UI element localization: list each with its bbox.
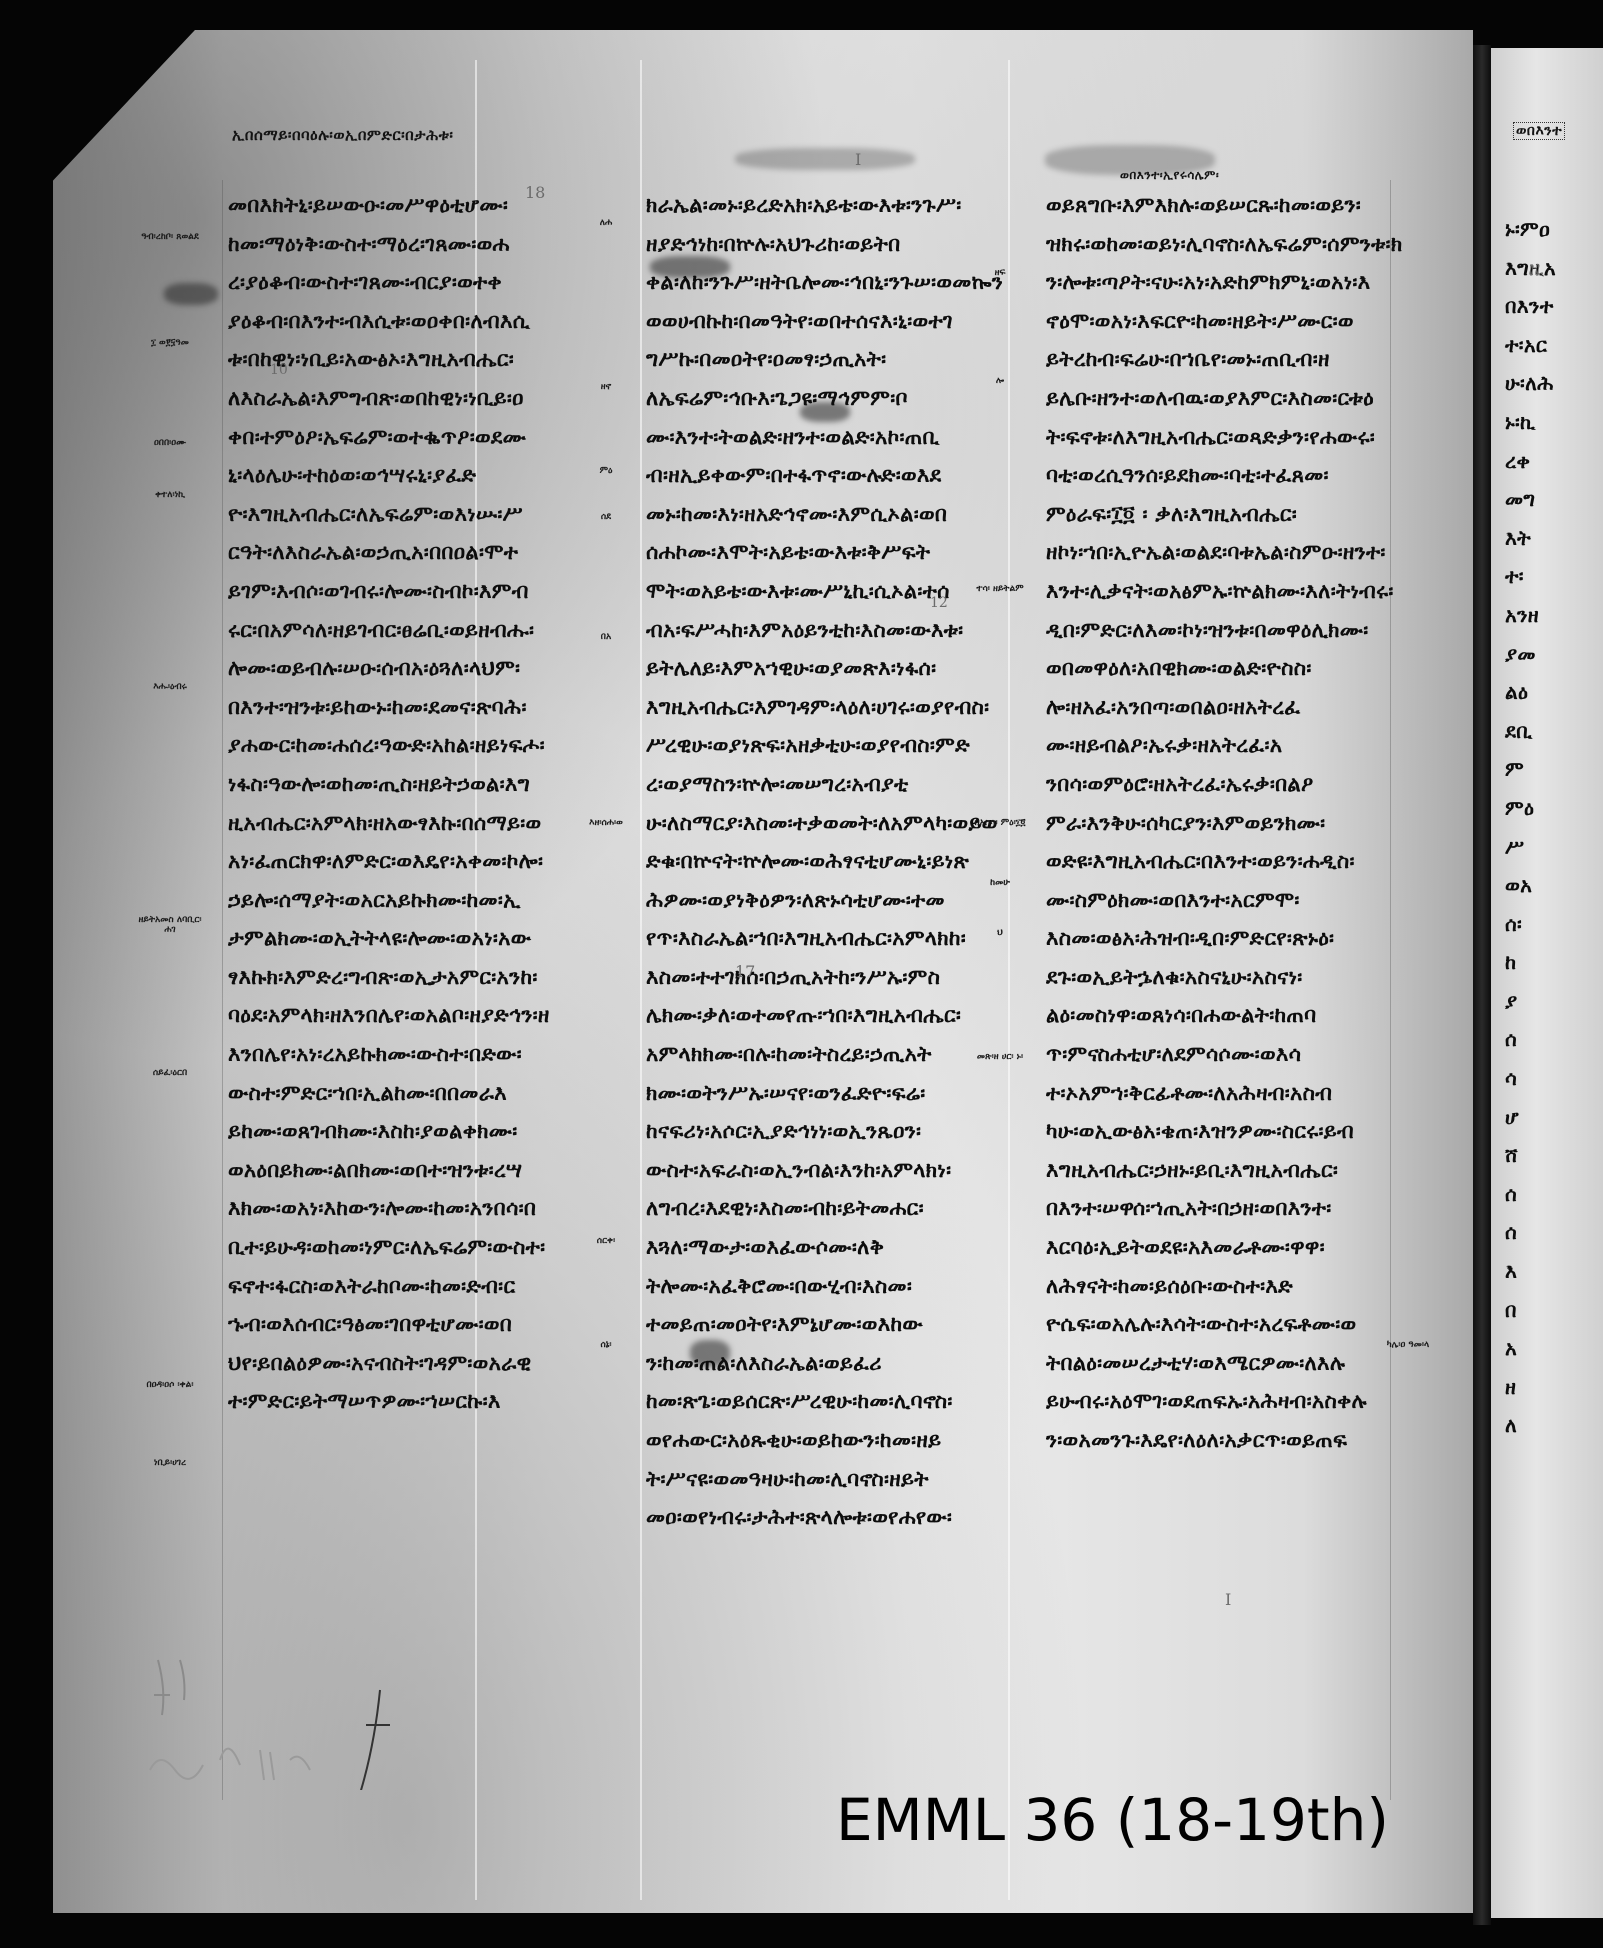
manuscript-line: ሌክሙ፡ቃለ፡ወተመየጡ፡ኀበ፡እግዚአብሔር፡ [646,996,1002,1035]
manuscript-line: ቢተ፡ይሁዳ፡ወከመ፡ነምር፡ለኤፍሬም፡ውስተ፡ [228,1228,590,1267]
manuscript-line: ይትሌለይ፡እምአኀዊሁ፡ወያመጽእ፡ነፋሰ፡ [646,649,1002,688]
manuscript-line: ቀበ፡ተምዕዖ፡ኤፍሬም፡ወተቈጥዖ፡ወደሙ [228,418,590,457]
facing-page-lines: ኑ፡ምዐእግዚአበእንተተ፡አርሁ፡ለሕኑ፡ኪረቀመግእትተ፡አንዘያመልዕደቢ… [1491,210,1556,1445]
pencil-folio-mark: 18 [525,183,545,202]
manuscript-line: ለግብረ፡እደዊነ፡እስመ፡ብከ፡ይትመሐር፡ [646,1189,1002,1228]
manuscript-line: ኒ፡ላዕሌሁ፡ተከዕወ፡ወኅሣሩኒ፡ያፈድ [228,456,590,495]
margin-annotation: ሰደ [574,512,638,522]
ink-smudge [164,283,218,305]
manuscript-line: ዲበ፡ምድር፡ለእመ፡ኮነ፡ዝንቱ፡በመዋዕሊክሙ፡ [1046,611,1408,650]
manuscript-line: ጥ፡ምናስሐቲሆ፡ለደምሳሶሙ፡ወእሳ [1046,1035,1408,1074]
manuscript-line: ድቁ፡በኵናት፡ኵሎሙ፡ወሕፃናቲሆሙኒ፡ይነጽ [646,842,1002,881]
facing-page-line: ሰ፡ [1491,905,1556,944]
manuscript-line: ከናፍሪነ፡አሶር፡ኢያድኅነነ፡ወኢንጼዐን፡ [646,1112,1002,1151]
margin-annotation: በዐዳ፡ዐሶ ፡ቀል፡ [138,1380,202,1390]
manuscript-line: ት፡ሥናዩ፡ወመዓዛሁ፡ከመ፡ሊባኖስ፡ዘይት [646,1460,1002,1499]
facing-page-line: ልዕ [1491,673,1556,712]
manuscript-line: ውስተ፡አፍራስ፡ወኢንብል፡እንከ፡አምላክነ፡ [646,1151,1002,1190]
manuscript-line: መኑ፡ከመ፡እነ፡ዘአድኅኖሙ፡እምሲኦል፡ወበ [646,495,1002,534]
pencil-folio-mark: 10 [270,362,288,378]
manuscript-line: በእንተ፡ዝንቱ፡ይከውኑ፡ከመ፡ደመና፡ጽባሕ፡ [228,688,590,727]
manuscript-line: ህየ፡ይበልዕዎሙ፡አናብስት፡ገዳም፡ወአራዊ [228,1344,590,1383]
manuscript-line: ተ፡ኦአምኀ፡ቅርፊቶሙ፡ለአሕዛብ፡አስብ [1046,1074,1408,1113]
facing-page-line: ሰ [1491,1213,1556,1252]
manuscript-line: ይከሙ፡ወጸገብክሙ፡እስከ፡ያወልቀክሙ፡ [228,1112,590,1151]
facing-page-line: ተ፡አር [1491,326,1556,365]
facing-page-line: በ [1491,1291,1556,1330]
margin-annotation: ቀተለ፡ነኪ [138,490,202,500]
facing-page-line: ኑ፡ኪ [1491,403,1556,442]
marginal-scribble-icon [140,1640,400,1790]
margin-annotation: ሰኔ፡ [574,1340,638,1350]
manuscript-line: ትሎሙ፡አፈቅሮሙ፡በውሂብ፡እስመ፡ [646,1267,1002,1306]
facing-page: ወበእንተ ኑ፡ምዐእግዚአበእንተተ፡አርሁ፡ለሕኑ፡ኪረቀመግእትተ፡አንዘ… [1491,48,1603,1918]
facing-page-line: ሳ [1491,1059,1556,1098]
manuscript-line: ሕዎሙ፡ወያነቅዕዎን፡ለጽኑሳቲሆሙ፡ተመ [646,881,1002,920]
manuscript-line: ን፡ሎቱ፡ጣዖት፡ናሁ፡አነ፡አድከምክምኒ፡ወአነ፡እ [1046,263,1408,302]
manuscript-line: ዘኮነ፡ኀበ፡ኢዮኤል፡ወልደ፡ባቱኤል፡ስምዑ፡ዘንተ፡ [1046,533,1408,572]
facing-page-line: ያ [1491,982,1556,1021]
manuscript-line: ክሙ፡ወትንሥኡ፡ሠናየ፡ወንፈድዮ፡ፍሬ፡ [646,1074,1002,1113]
margin-annotation: እሑ፡ዕብሩ [138,682,202,692]
manuscript-line: እክሙ፡ወአነ፡እከውን፡ሎሙ፡ከመ፡አንበሳ፡በ [228,1189,590,1228]
manuscript-line: ትበልዕ፡መሠረታቲሃ፡ወእሜርዎሙ፡ለእሉ [1046,1344,1408,1383]
manuscript-line: ይሌቡ፡ዘንተ፡ወለብዉ፡ወያእምር፡እስመ፡ርቱዕ [1046,379,1408,418]
manuscript-line: ታምልክሙ፡ወኢትትላዩ፡ሎሙ፡ወአነ፡አው [228,919,590,958]
facing-page-line: ሰ [1491,1175,1556,1214]
manuscript-line: ወይጸግቡ፡እምእክሉ፡ወይሠርጹ፡ከመ፡ወይን፡ [1046,186,1408,225]
margin-annotation: በአ [574,632,638,642]
facing-page-line: በእንተ [1491,287,1556,326]
manuscript-line: ምራ፡እንቅሁ፡ሰካርያን፡እምወይንክሙ፡ [1046,804,1408,843]
manuscript-line: ለኤፍሬም፡ኅቡእ፡ጌጋዩ፡ማኅምም፡ቦ [646,379,1002,418]
manuscript-line: ንበሳ፡ወምዕሮ፡ዘአትረፈ፡ኤሩቃ፡በልዖ [1046,765,1408,804]
text-column-2: ክራኤል፡መኑ፡ይረድአክ፡አይቴ፡ውእቱ፡ንጉሥ፡ዘያድኅነከ፡በኵሉ፡አህጉ… [646,186,1002,1537]
manuscript-line: ቀል፡ለከ፡ንጉሥ፡ዘትቤሎሙ፡ኅበኒ፡ንጉሠ፡ወመኰንነ፡ [646,263,1002,302]
manuscript-line: ብአ፡ፍሥሓከ፡እምአዕይንቲከ፡እስመ፡ውእቱ፡ [646,611,1002,650]
manuscript-line: ፍኖተ፡ፋርስ፡ወእትራከቦሙ፡ከመ፡ድብ፡ር [228,1267,590,1306]
manuscript-line: ሩር፡በአምሳለ፡ዘይገብር፡ፀሬቢ፡ወይዘብሑ፡ [228,611,590,650]
book-gutter [1473,45,1491,1925]
facing-page-line: አ [1491,1329,1556,1368]
manuscript-line: ባቲ፡ወረሲዓንሰ፡ይደክሙ፡ባቲ፡ተፈጸመ፡ [1046,456,1408,495]
manuscript-line: ይትረከብ፡ፍሬሁ፡በኀቤየ፡መኑ፡ጠቢብ፡ዘ [1046,340,1408,379]
margin-annotation: ሎ [968,376,1032,386]
manuscript-line: ከመ፡ጽጌ፡ወይሰርጽ፡ሥረዊሁ፡ከመ፡ሊባኖስ፡ [646,1382,1002,1421]
manuscript-line: አምላክክሙ፡በሉ፡ከመ፡ትስረይ፡ኃጢአት [646,1035,1002,1074]
manuscript-line: እንበሌየ፡አነ፡ረአይኩክሙ፡ውስተ፡በድው፡ [228,1035,590,1074]
manuscript-line: እስመ፡ተተገክሰ፡በኃጢአትከ፡ንሥኡ፡ምስ [646,958,1002,997]
pencil-folio-mark: I [855,150,861,169]
page-fold-line [1008,60,1010,1900]
facing-page-line: ሸ [1491,1136,1556,1175]
margin-annotation: መጽ፡ዘ ሀር፡ ኑ፡ [968,1052,1032,1062]
manuscript-line: ክራኤል፡መኑ፡ይረድአክ፡አይቴ፡ውእቱ፡ንጉሥ፡ [646,186,1002,225]
facing-page-line: ተ፡ [1491,557,1556,596]
facing-page-line: ሁ፡ለሕ [1491,364,1556,403]
manuscript-line: ዮ፡እግዚአብሔር፡ለኤፍሬም፡ወእነሡ፡ሥ [228,495,590,534]
manuscript-line: ግሥኩ፡በመዐትየ፡ዐመፃ፡ኃጢአት፡ [646,340,1002,379]
manuscript-caption: EMML 36 (18-19th) [836,1786,1389,1854]
manuscript-line: ዮሴፍ፡ወአሌሉ፡እሳት፡ውስተ፡አረፍቶሙ፡ወ [1046,1305,1408,1344]
margin-annotation: ከመሁ [968,878,1032,888]
manuscript-line: ብ፡ዘኢይቀውም፡በተፋጥኖ፡ውሉድ፡ወእደ [646,456,1002,495]
manuscript-line: የጥ፡እስራኤል፡ኀበ፡እግዚአብሔር፡አምላክከ፡ [646,919,1002,958]
margin-annotation: ዘፍ [968,268,1032,278]
manuscript-line: ሙ፡እንተ፡ትወልድ፡ዘንተ፡ወልድ፡አኮ፡ጠቢ [646,418,1002,457]
facing-page-line: ለ [1491,1406,1556,1445]
manuscript-line: ሰሐኮሙ፡እሞት፡አይቴ፡ውእቱ፡ቅሥፍት [646,533,1002,572]
margin-annotation: ለሐ [574,218,638,228]
facing-page-line: ምዕ [1491,789,1556,828]
manuscript-line: ኃይሎ፡ሰማያት፡ወአርአይኩክሙ፡ከመ፡ኢ [228,881,590,920]
manuscript-line: እግዚአብሔር፡እምገዳም፡ላዕለ፡ሀገሩ፡ወያየብስ፡ [646,688,1002,727]
manuscript-line: ወበመዋዕለ፡አበዊክሙ፡ወልድ፡ዮስስ፡ [1046,649,1408,688]
manuscript-line: ት፡ፍኖቱ፡ለእግዚአብሔር፡ወጻድቃን፡የሐውሩ፡ [1046,418,1408,457]
facing-page-line: ከ [1491,943,1556,982]
manuscript-line: ኁብ፡ወእሰብር፡ዓፅመ፡ገበዋቲሆሙ፡ወበ [228,1305,590,1344]
manuscript-line: ሙ፡ስምዕክሙ፡ወበእንተ፡አርምሞ፡ [1046,881,1408,920]
page-fold-line [640,60,642,1900]
ink-smudge [735,148,915,170]
column-3-header: ወበእንተ፡ኢየሩሳሌም፡ [1120,168,1219,183]
manuscript-line: ለሕፃናት፡ከመ፡ይሰዕቡ፡ውስተ፡እድ [1046,1267,1408,1306]
manuscript-line: እስመ፡ወፅአ፡ሕዝብ፡ዲበ፡ምድርየ፡ጽኑዕ፡ [1046,919,1408,958]
manuscript-line: እንተ፡ሊቃናት፡ወአፅምኡ፡ኵልክሙ፡እለ፡ትነብሩ፡ [1046,572,1408,611]
manuscript-line: ረ፡ያዕቆብ፡ውስተ፡ገጸሙ፡ብርያ፡ወተቀ [228,263,590,302]
margin-annotation: እዘ፡ሰሐ፡ወ [574,818,638,828]
manuscript-line: እጓለ፡ማውታ፡ወእፈውሶሙ፡ለቅ [646,1228,1002,1267]
margin-annotation: በአስሳ፡ ምዕ፡፲፬ [968,818,1032,828]
manuscript-line: ወየሐውር፡አዕጹቂሁ፡ወይከውን፡ከመ፡ዘይ [646,1421,1002,1460]
manuscript-line: ደጉ፡ወኢይትኌለቁ፡አስናኒሁ፡አስናነ፡ [1046,958,1408,997]
manuscript-line: ይሁብሩ፡አዕሞገ፡ወደጠፍኡ፡አሕዛብ፡አስቀሉ [1046,1382,1408,1421]
facing-page-header: ወበእንተ [1513,122,1565,140]
facing-page-line: ሆ [1491,1098,1556,1137]
manuscript-line: ዚአብሔር፡አምላክ፡ዘአውፃእኩ፡በሰማይ፡ወ [228,804,590,843]
facing-page-line: ረቀ [1491,442,1556,481]
manuscript-line: ውስተ፡ምድር፡ኀበ፡ኢልከሙ፡በበመራእ [228,1074,590,1113]
margin-annotation: ህ [968,928,1032,938]
pencil-folio-mark: I [1225,1590,1231,1609]
margin-annotation: ምዕ [574,466,638,476]
facing-page-line: መግ [1491,480,1556,519]
manuscript-line: ይገም፡እብሶ፡ወገብሩ፡ሎሙ፡ስብኮ፡እምብ [228,572,590,611]
manuscript-line: ባዕደ፡አምላክ፡ዘእንበሌየ፡ወአልቦ፡ዘያድኅን፡ዘ [228,996,590,1035]
manuscript-line: ርዓት፡ለእስራኤል፡ወኃጢአ፡በበዐል፡ሞተ [228,533,590,572]
ruling-line [222,180,223,1800]
facing-page-line: አንዘ [1491,596,1556,635]
manuscript-line: እግዚአብሔር፡ኃዘኑ፡ይቢ፡እግዚአብሔር፡ [1046,1151,1408,1190]
manuscript-line: ዘያድኅነከ፡በኵሉ፡አህጉሪከ፡ወይትበ [646,225,1002,264]
manuscript-line: ያዕቆብ፡በእንተ፡ብእሲቱ፡ወዐቀበ፡ለብእሲ [228,302,590,341]
manuscript-line: ወድዩ፡እግዚአብሔር፡በእንተ፡ወይን፡ሐዲስ፡ [1046,842,1408,881]
manuscript-line: ረ፡ወያማስን፡ኵሎ፡መሠግረ፡አብያቲ [646,765,1002,804]
facing-page-line: እግዚአ [1491,249,1556,288]
facing-page-line: ወአ [1491,866,1556,905]
margin-annotation: ዘይትአመስ ለባቢር፡ሐገ [138,915,202,935]
facing-page-line: ኑ፡ምዐ [1491,210,1556,249]
margin-annotation: ተሳ፡ ዘይትልም [968,584,1032,594]
manuscript-line: ኖዕሞ፡ወአነ፡እፍርዮ፡ከመ፡ዘይት፡ሥሙር፡ወ [1046,302,1408,341]
manuscript-line: ወወሀብኩከ፡በመዓትየ፡ወበተሰናእ፡ኒ፡ወተገ [646,302,1002,341]
manuscript-line: ሞት፡ወአይቴ፡ውእቱ፡ሙሥኒኪ፡ሲኦል፡ተሰ [646,572,1002,611]
manuscript-line: በእንተ፡ሠዋሰ፡ኀጢአት፡በኃዘ፡ወበእንተ፡ [1046,1189,1408,1228]
text-column-3: ወይጸግቡ፡እምእክሉ፡ወይሠርጹ፡ከመ፡ወይን፡ዝክሩ፡ወከመ፡ወይነ፡ሊባኖ… [1046,186,1408,1460]
manuscript-line: ወአዕበይክሙ፡ልበክሙ፡ወበተ፡ዝንቱ፡ረሣ [228,1151,590,1190]
margin-annotation: ዘኖ [574,382,638,392]
manuscript-line: መዐ፡ወየነብሩ፡ታሕተ፡ጽላሎቱ፡ወየሐየው፡ [646,1498,1002,1537]
pencil-folio-mark: 17 [735,962,755,981]
pencil-folio-mark: 12 [930,595,948,611]
facing-page-line: እት [1491,519,1556,558]
manuscript-line: አነ፡ፈጠርክዋ፡ለምድር፡ወእዴየ፡አቀመ፡ኮሎ፡ [228,842,590,881]
manuscript-line: ካሁ፡ወኢውፅአ፡ቄጠ፡እዝንዎሙ፡ስርሩ፡ይብ [1046,1112,1408,1151]
margin-annotation: ፲ ወ፻፶ዓመ [138,338,202,348]
facing-page-line: ደቢ [1491,712,1556,751]
facing-page-line: ም [1491,750,1556,789]
facing-page-line: እ [1491,1252,1556,1291]
facing-page-line: ያመ [1491,635,1556,674]
margin-annotation: ዓብ፡ረከቦ፡ ጸወልደ [138,232,202,242]
manuscript-line: ልዕ፡መስነዋ፡ወጸነሳ፡በሐውልት፡ከጠባ [1046,996,1408,1035]
manuscript-line: ከመ፡ማዕነቅ፡ውስተ፡ማዕረ፡ገጸሙ፡ወሐ [228,225,590,264]
margin-annotation: ዐበበ፡ዐሙ [138,438,202,448]
manuscript-line: ነፋስ፡ዓውሎ፡ወከመ፡ጢስ፡ዘይትኃወል፡እግ [228,765,590,804]
margin-annotation: ሰይፈ፡ዕርበ [138,1068,202,1078]
manuscript-line: ዝክሩ፡ወከመ፡ወይነ፡ሊባኖስ፡ለኤፍሬም፡ሰምንቱ፡ክ [1046,225,1408,264]
manuscript-line: እርባዕ፡ኢይትወደዩ፡አእመራቶሙ፡ዋዋ፡ [1046,1228,1408,1267]
manuscript-line: ያሐውር፡ከመ፡ሐሰረ፡ዓውድ፡አከል፡ዘይነፍሖ፡ [228,726,590,765]
manuscript-line: ሎሙ፡ወይብሉ፡ሠዑ፡ሰብአ፡ዕጓለ፡ላህም፡ [228,649,590,688]
manuscript-line: ሎ፡ዘአፈ፡አንበጣ፡ወበልዐ፡ዘአትረፈ [1046,688,1408,727]
facing-page-line: ዘ [1491,1368,1556,1407]
manuscript-line: ለእስራኤል፡እምግብጽ፡ወበከዊነ፡ነቢይ፡ዐ [228,379,590,418]
column-1-header: ኢበሰማይ፡በባዕሉ፡ወኢበምድር፡በታሕቱ፡ [232,126,453,144]
manuscript-line: ን፡ከመ፡ጠል፡ለእስራኤል፡ወይፈሪ [646,1344,1002,1383]
facing-page-line: ሰ [1491,1020,1556,1059]
margin-annotation: ነቢይ፡ሀገረ [138,1458,202,1468]
manuscript-line: ምዕራፍ፡፲፬ ፡ ቃለ፡እግዚአብሔር፡ [1046,495,1408,534]
manuscript-line: ሁ፡ለስማርያ፡እስመ፡ተቃወመት፡ለአምላካ፡ወይወ [646,804,1002,843]
margin-annotation: ሰርቀ፡ [574,1236,638,1246]
manuscript-line: ፃእኩክ፡እምድረ፡ግብጽ፡ወኢታአምር፡አንከ፡ [228,958,590,997]
manuscript-line: ሙ፡ዘይብልዖ፡ኤሩቃ፡ዘአትረፈ፡አ [1046,726,1408,765]
manuscript-line: ሥረዊሁ፡ወያነጽፍ፡አዘቃቲሁ፡ወያየብስ፡ምድ [646,726,1002,765]
facing-page-line: ሥ [1491,828,1556,867]
margin-annotation: ካሌ፡ዐ ዓመ፡ላ [1376,1340,1440,1350]
manuscript-line: ን፡ወአመንጉ፡እዴየ፡ለዕለ፡አቃርጥ፡ወይጠፍ [1046,1421,1408,1460]
manuscript-line: ተ፡ምድር፡ይትማሠጥዎሙ፡ኀሠርኩ፡እ [228,1382,590,1421]
manuscript-line: ተመይጠ፡መዐትየ፡እምኔሆሙ፡ወእከው [646,1305,1002,1344]
